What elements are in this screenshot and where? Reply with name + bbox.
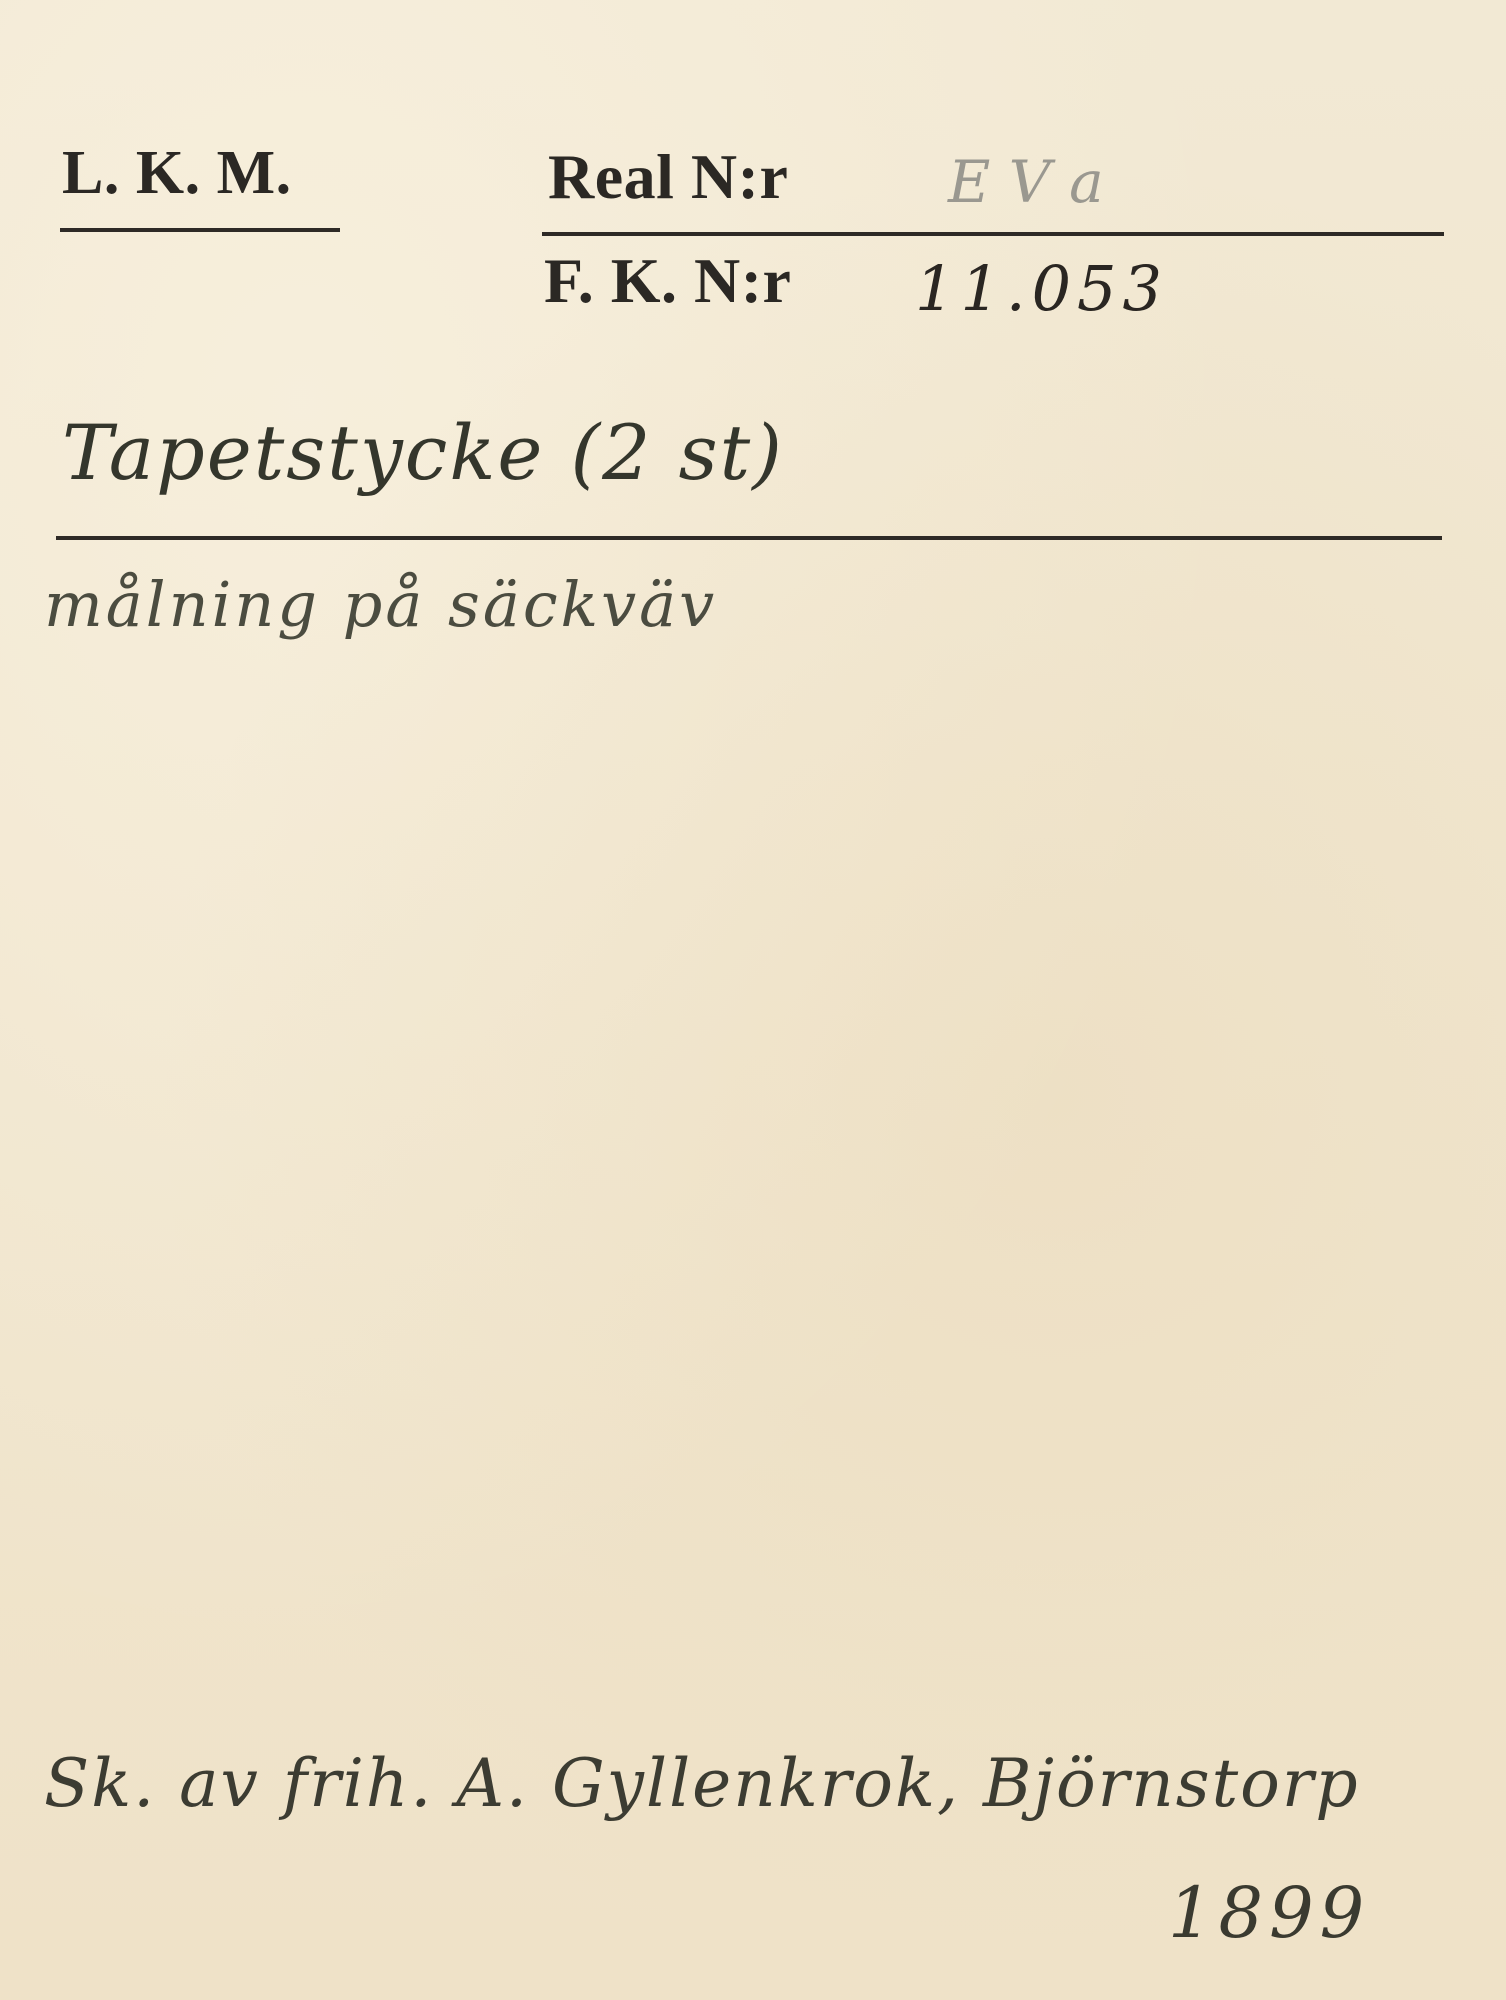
title-divider	[56, 536, 1442, 540]
fk-number-label: F. K. N:r	[544, 244, 791, 318]
real-number-value: E V a	[948, 148, 1104, 216]
institution-label: L. K. M.	[62, 138, 292, 209]
donation-year: 1899	[1168, 1872, 1370, 1954]
header-divider	[542, 232, 1444, 236]
object-title: Tapetstycke (2 st)	[62, 408, 784, 497]
institution-underline	[60, 228, 340, 232]
object-description: målning på säckväv	[44, 568, 717, 641]
fk-number-value: 11.053	[915, 252, 1168, 325]
real-number-label: Real N:r	[548, 140, 788, 214]
donor-note: Sk. av frih. A. Gyllenkrok, Björnstorp	[44, 1745, 1360, 1822]
catalog-card: L. K. M. Real N:r E V a F. K. N:r 11.053…	[0, 0, 1506, 2000]
